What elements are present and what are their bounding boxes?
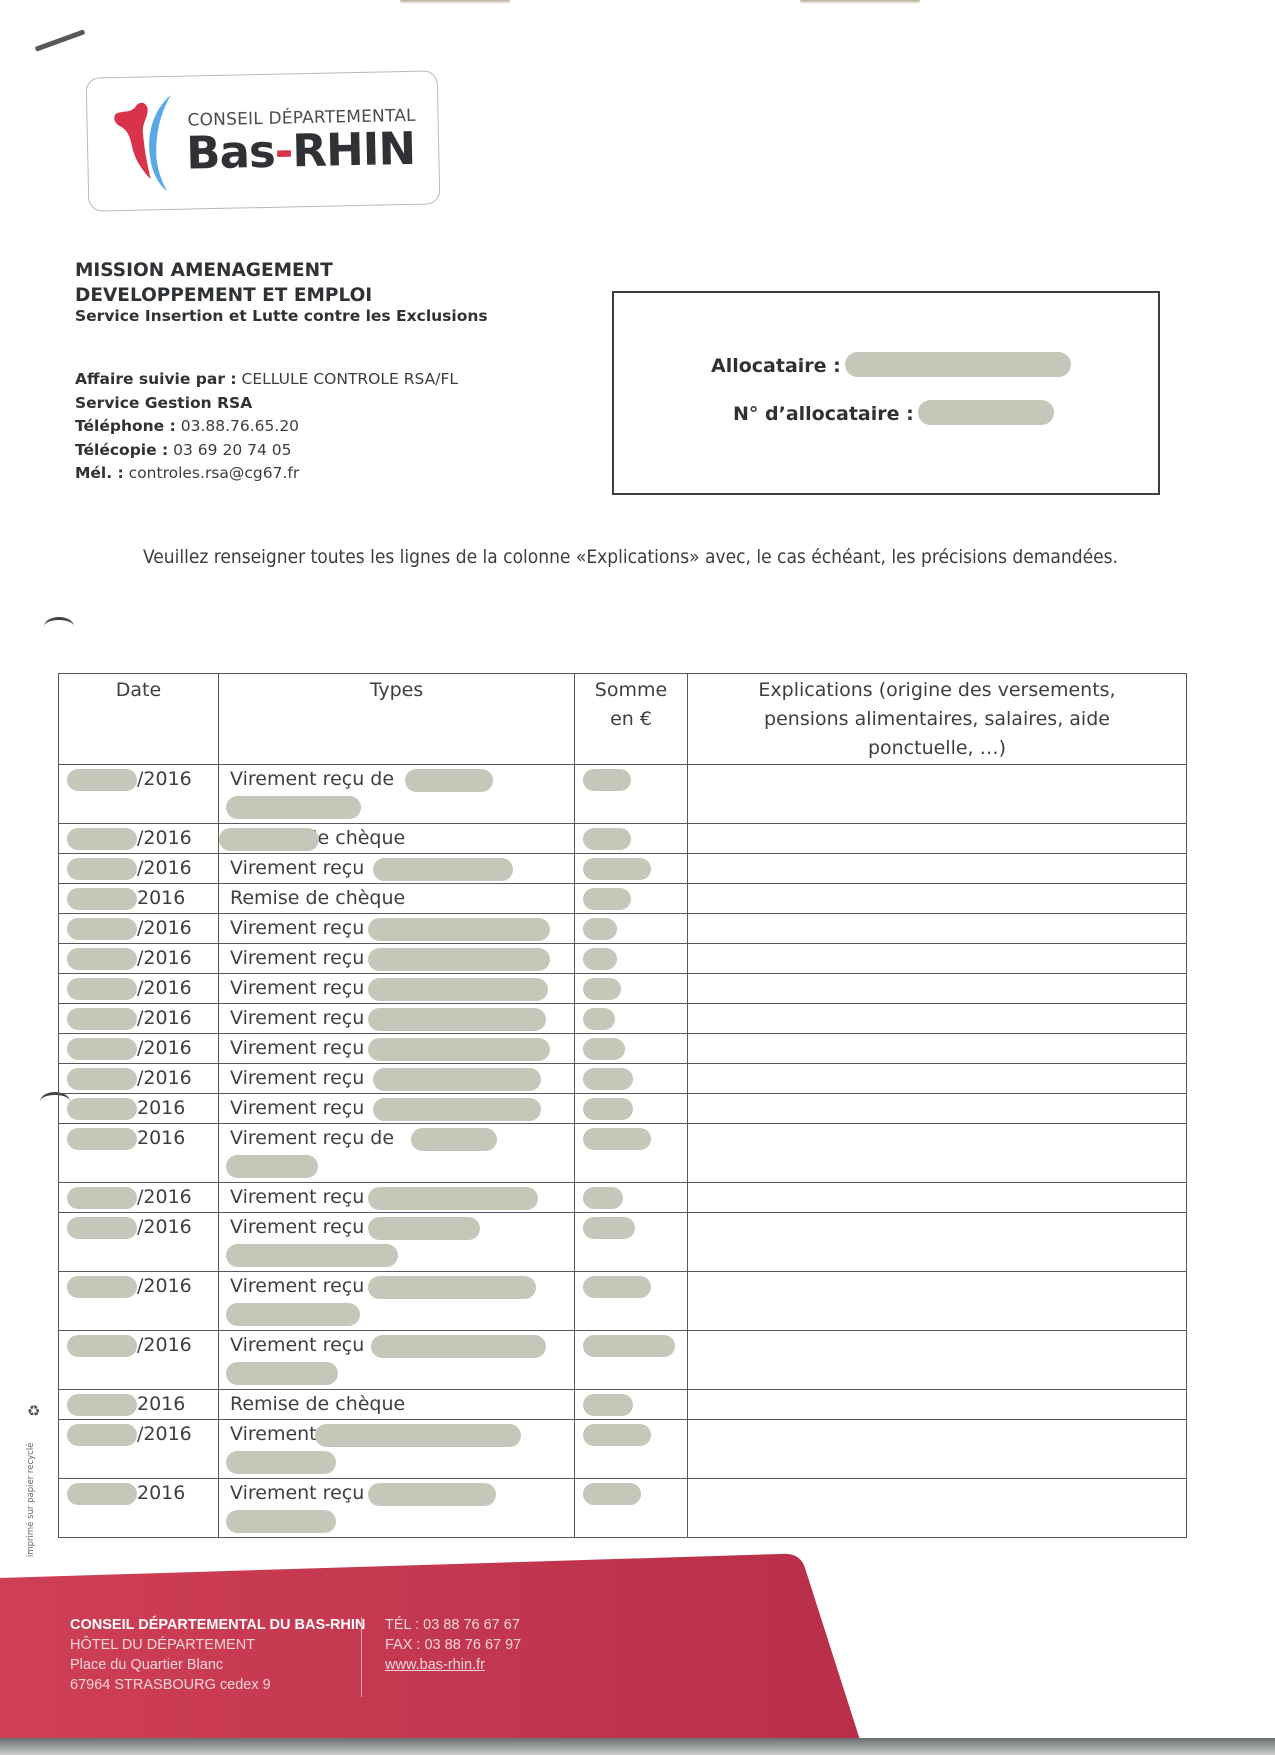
cell-date: /2016	[59, 1004, 219, 1034]
amount-redacted	[583, 1394, 633, 1416]
date-redacted	[67, 1098, 137, 1120]
payer-redacted	[226, 1155, 318, 1178]
payer-redacted	[226, 1510, 336, 1533]
table-row: /2016Virement reçu	[59, 974, 1187, 1004]
bas-rhin-map-icon	[109, 91, 186, 195]
header-types: Types	[219, 674, 575, 765]
date-redacted	[67, 948, 137, 970]
table-row: /2016Remise de chèque	[59, 824, 1187, 854]
table-row: /2016Virement	[59, 1420, 1187, 1479]
cell-date: /2016	[59, 765, 219, 824]
payer-redacted	[226, 1451, 336, 1474]
cell-date: /2016	[59, 1213, 219, 1272]
fax-line: Télécopie : 03 69 20 74 05	[75, 439, 458, 463]
contact-block: Affaire suivie par : CELLULE CONTROLE RS…	[75, 368, 458, 486]
cell-explication-input[interactable]	[688, 1094, 1187, 1124]
amount-redacted	[583, 1187, 623, 1209]
table-row: /2016Virement reçu	[59, 1213, 1187, 1272]
telephone-line: Téléphone : 03.88.76.65.20	[75, 415, 458, 439]
payer-redacted	[405, 769, 493, 792]
cell-date: /2016	[59, 854, 219, 884]
amount-redacted	[583, 1008, 615, 1030]
table-row: /2016Virement reçu	[59, 1272, 1187, 1331]
cell-amount	[575, 1479, 688, 1538]
cell-amount	[575, 1124, 688, 1183]
date-redacted	[67, 1068, 137, 1090]
footer-divider	[361, 1617, 362, 1697]
date-redacted	[67, 1217, 137, 1239]
email-line: Mél. : controles.rsa@cg67.fr	[75, 462, 458, 486]
punch-hole-mark	[44, 617, 74, 636]
amount-redacted	[583, 1276, 651, 1298]
cell-amount	[575, 1272, 688, 1331]
cell-type: Virement reçu	[219, 914, 575, 944]
date-redacted	[67, 1483, 137, 1505]
recycled-paper-note: imprimé sur papier recyclé	[26, 1437, 36, 1557]
amount-redacted	[583, 978, 621, 1000]
numero-allocataire-line: N° d’allocataire :	[733, 400, 1054, 425]
amount-redacted	[583, 1128, 651, 1150]
payer-redacted	[368, 948, 550, 971]
numero-redacted	[918, 400, 1054, 425]
date-redacted	[67, 918, 137, 940]
cell-amount	[575, 974, 688, 1004]
amount-redacted	[583, 948, 617, 970]
cell-explication-input[interactable]	[688, 854, 1187, 884]
cell-type: Virement reçu	[219, 1094, 575, 1124]
payer-redacted	[373, 858, 513, 881]
cell-date: /2016	[59, 1034, 219, 1064]
table-row: /2016Virement reçu	[59, 914, 1187, 944]
amount-redacted	[583, 858, 651, 880]
payer-redacted	[371, 1335, 546, 1358]
cell-explication-input[interactable]	[688, 1420, 1187, 1479]
cell-type: Virement reçu	[219, 854, 575, 884]
table-row: /2016Virement reçu de	[59, 765, 1187, 824]
amount-redacted	[583, 1217, 635, 1239]
table-row: 2016Remise de chèque	[59, 1390, 1187, 1420]
cell-type: Remise de chèque	[219, 1390, 575, 1420]
payer-redacted	[368, 918, 550, 941]
amount-redacted	[583, 918, 617, 940]
payer-redacted	[226, 1244, 398, 1267]
date-redacted	[67, 1187, 137, 1209]
amount-redacted	[583, 1483, 641, 1505]
payer-redacted	[368, 978, 548, 1001]
cell-type: Virement reçu	[219, 1479, 575, 1538]
affaire-line: Affaire suivie par : CELLULE CONTROLE RS…	[75, 368, 458, 392]
table-row: /2016Virement reçu	[59, 854, 1187, 884]
recipient-box: Allocataire : N° d’allocataire :	[612, 291, 1160, 495]
cell-date: /2016	[59, 944, 219, 974]
cell-amount	[575, 1331, 688, 1390]
cell-amount	[575, 1213, 688, 1272]
footer-address: CONSEIL DÉPARTEMENTAL DU BAS-RHIN HÔTEL …	[70, 1615, 365, 1695]
scan-artifact-shadow	[400, 0, 510, 4]
date-redacted	[67, 978, 137, 1000]
payer-redacted	[219, 828, 319, 851]
cell-date: /2016	[59, 824, 219, 854]
cell-amount	[575, 1390, 688, 1420]
table-row: /2016Virement reçu	[59, 1004, 1187, 1034]
logo-title: Bas-RHIN	[186, 122, 416, 180]
payer-redacted	[226, 1303, 360, 1326]
cell-type: Virement reçu de	[219, 765, 575, 824]
cell-explication-input[interactable]	[688, 974, 1187, 1004]
mission-title: MISSION AMENAGEMENT DEVELOPPEMENT ET EMP…	[75, 258, 372, 308]
cell-date: 2016	[59, 1479, 219, 1538]
cell-amount	[575, 765, 688, 824]
amount-redacted	[583, 1098, 633, 1120]
cell-explication-input[interactable]	[688, 1390, 1187, 1420]
payer-redacted	[368, 1008, 546, 1031]
cell-amount	[575, 1420, 688, 1479]
cell-date: /2016	[59, 914, 219, 944]
date-redacted	[67, 769, 137, 791]
payer-redacted	[226, 1362, 338, 1385]
cell-amount	[575, 824, 688, 854]
amount-redacted	[583, 1335, 675, 1357]
cell-type: Virement reçu	[219, 1272, 575, 1331]
allocataire-line: Allocataire :	[711, 352, 1071, 377]
date-redacted	[67, 828, 137, 850]
table-header-row: Date Types Sommeen € Explications (origi…	[59, 674, 1187, 765]
table-row: 2016Virement reçu	[59, 1094, 1187, 1124]
cell-type: Remise de chèque	[219, 884, 575, 914]
payer-redacted	[373, 1068, 541, 1091]
payer-redacted	[368, 1038, 550, 1061]
amount-redacted	[583, 1068, 633, 1090]
cell-amount	[575, 1034, 688, 1064]
cell-explication-input[interactable]	[688, 824, 1187, 854]
table-row: 2016Remise de chèque	[59, 884, 1187, 914]
logo: CONSEIL DÉPARTEMENTAL Bas-RHIN	[86, 70, 441, 211]
cell-date: /2016	[59, 1420, 219, 1479]
cell-date: /2016	[59, 1064, 219, 1094]
cell-type: Virement reçu	[219, 944, 575, 974]
table-row: 2016Virement reçu de	[59, 1124, 1187, 1183]
cell-explication-input[interactable]	[688, 1004, 1187, 1034]
header-explications: Explications (origine des versements,pen…	[688, 674, 1187, 765]
cell-explication-input[interactable]	[688, 1124, 1187, 1183]
table-row: /2016Virement reçu	[59, 944, 1187, 974]
allocataire-redacted	[845, 352, 1071, 377]
date-redacted	[67, 1038, 137, 1060]
cell-date: 2016	[59, 1390, 219, 1420]
cell-date: /2016	[59, 974, 219, 1004]
email-link[interactable]: controles.rsa@cg67.fr	[129, 464, 300, 482]
cell-date: 2016	[59, 884, 219, 914]
header-date: Date	[59, 674, 219, 765]
cell-type: Virement reçu	[219, 974, 575, 1004]
amount-redacted	[583, 888, 631, 910]
amount-redacted	[583, 1424, 651, 1446]
cell-date: 2016	[59, 1094, 219, 1124]
cell-explication-input[interactable]	[688, 914, 1187, 944]
date-redacted	[67, 858, 137, 880]
cell-explication-input[interactable]	[688, 1064, 1187, 1094]
cell-type: Virement reçu	[219, 1331, 575, 1390]
payer-redacted	[411, 1128, 497, 1151]
cell-explication-input[interactable]	[688, 1272, 1187, 1331]
cell-type: Virement reçu	[219, 1004, 575, 1034]
cell-amount	[575, 1094, 688, 1124]
cell-amount	[575, 944, 688, 974]
cell-type: Virement reçu de	[219, 1124, 575, 1183]
intro-instructions: Veuillez renseigner toutes les lignes de…	[143, 543, 1133, 572]
cell-type: Remise de chèque	[219, 824, 575, 854]
scan-bottom-edge	[0, 1738, 1275, 1755]
header-somme: Sommeen €	[575, 674, 688, 765]
cell-amount	[575, 884, 688, 914]
cell-date: 2016	[59, 1124, 219, 1183]
gestion-line: Service Gestion RSA	[75, 392, 458, 416]
payer-redacted	[226, 796, 361, 819]
cell-amount	[575, 1004, 688, 1034]
cell-explication-input[interactable]	[688, 1213, 1187, 1272]
cell-amount	[575, 914, 688, 944]
table-row: /2016Virement reçu	[59, 1183, 1187, 1213]
table-row: /2016Virement reçu	[59, 1331, 1187, 1390]
cell-explication-input[interactable]	[688, 765, 1187, 824]
payer-redacted	[368, 1276, 536, 1299]
cell-amount	[575, 1064, 688, 1094]
footer-contact: TÉL : 03 88 76 67 67 FAX : 03 88 76 67 9…	[385, 1615, 521, 1675]
amount-redacted	[583, 1038, 625, 1060]
payer-redacted	[368, 1187, 538, 1210]
table-row: /2016Virement reçu	[59, 1064, 1187, 1094]
cell-amount	[575, 1183, 688, 1213]
recycle-icon: ♻	[27, 1403, 43, 1419]
cell-date: /2016	[59, 1331, 219, 1390]
service-name: Service Insertion et Lutte contre les Ex…	[75, 307, 488, 325]
cell-date: /2016	[59, 1272, 219, 1331]
scan-artifact-mark	[35, 29, 86, 51]
table-row: 2016Virement reçu	[59, 1479, 1187, 1538]
payer-redacted	[373, 1098, 541, 1121]
amount-redacted	[583, 828, 631, 850]
cell-type: Virement reçu	[219, 1034, 575, 1064]
cell-type: Virement reçu	[219, 1213, 575, 1272]
cell-type: Virement reçu	[219, 1183, 575, 1213]
cell-amount	[575, 854, 688, 884]
date-redacted	[67, 1128, 137, 1150]
cell-explication-input[interactable]	[688, 884, 1187, 914]
cell-explication-input[interactable]	[688, 1183, 1187, 1213]
date-redacted	[67, 1424, 137, 1446]
amount-redacted	[583, 769, 631, 791]
cell-date: /2016	[59, 1183, 219, 1213]
table-row: /2016Virement reçu	[59, 1034, 1187, 1064]
cell-explication-input[interactable]	[688, 1034, 1187, 1064]
payer-redacted	[368, 1483, 496, 1506]
cell-explication-input[interactable]	[688, 944, 1187, 974]
payer-redacted	[315, 1424, 521, 1447]
date-redacted	[67, 888, 137, 910]
date-redacted	[67, 1008, 137, 1030]
scan-artifact-shadow	[800, 0, 920, 4]
cell-explication-input[interactable]	[688, 1479, 1187, 1538]
cell-explication-input[interactable]	[688, 1331, 1187, 1390]
date-redacted	[67, 1394, 137, 1416]
date-redacted	[67, 1335, 137, 1357]
cell-type: Virement reçu	[219, 1064, 575, 1094]
cell-type: Virement	[219, 1420, 575, 1479]
operations-table: Date Types Sommeen € Explications (origi…	[58, 673, 1187, 1538]
date-redacted	[67, 1276, 137, 1298]
payer-redacted	[368, 1217, 480, 1240]
footer-website-link[interactable]: www.bas-rhin.fr	[385, 1655, 521, 1675]
